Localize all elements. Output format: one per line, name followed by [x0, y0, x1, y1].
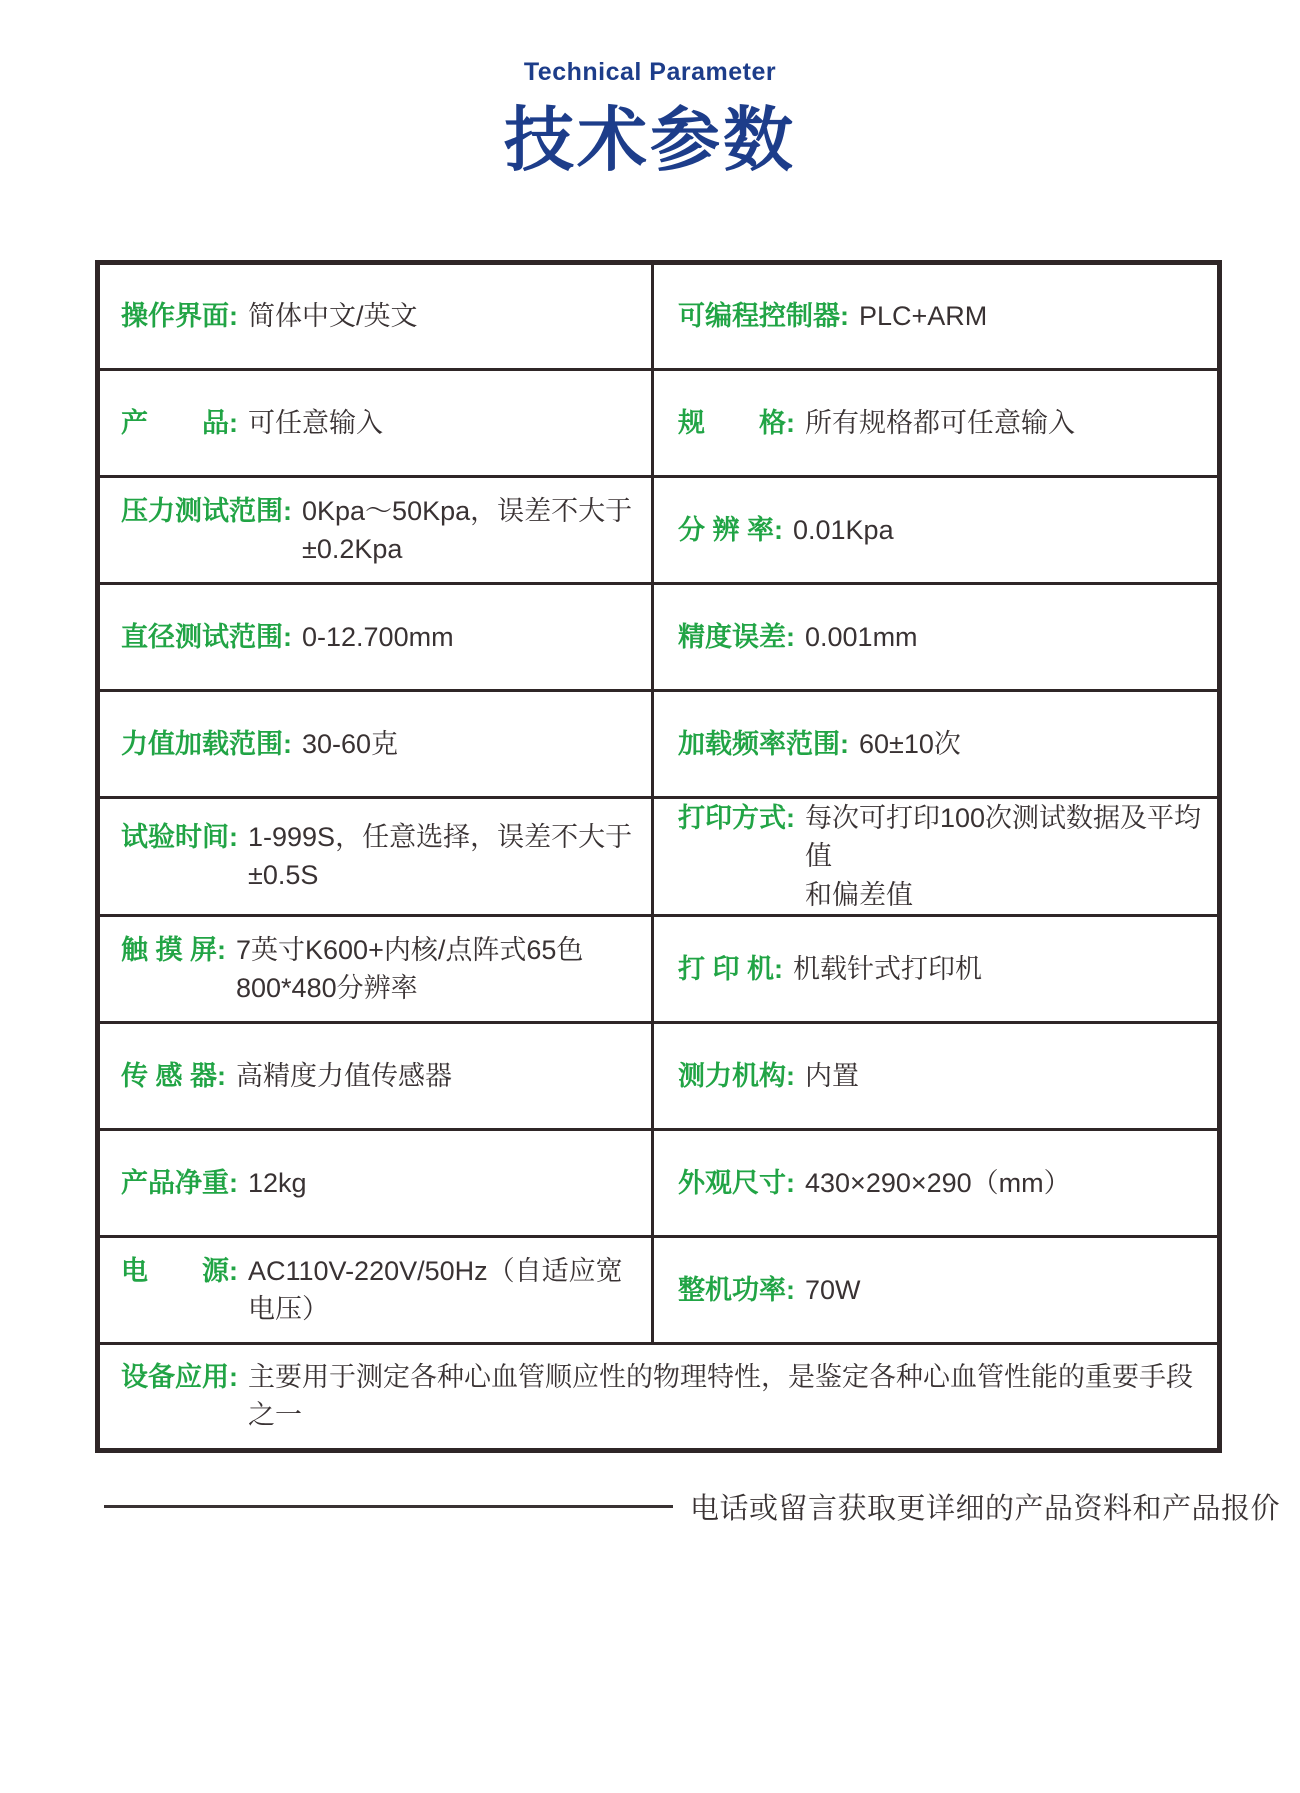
param-label: 产品净重: — [121, 1164, 238, 1202]
param-label: 加载频率范围: — [678, 725, 849, 763]
row-sensor: 传 感 器: 高精度力值传感器 测力机构: 内置 — [98, 1022, 1220, 1129]
cell-print-mode: 打印方式: 每次可打印100次测试数据及平均值 和偏差值 — [653, 798, 1220, 916]
footer-note: 电话或留言获取更详细的产品资料和产品报价 — [690, 1486, 1280, 1527]
cell-pressure-test-range: 压力测试范围: 0Kpa～50Kpa，误差不大于 ±0.2Kpa — [98, 477, 653, 584]
param-value: 0-12.700mm — [302, 618, 454, 656]
cell-accuracy-error: 精度误差: 0.001mm — [653, 584, 1220, 691]
footer: 电话或留言获取更详细的产品资料和产品报价 — [104, 1486, 1280, 1527]
cell-resolution: 分 辨 率: 0.01Kpa — [653, 477, 1220, 584]
row-diameter-range: 直径测试范围: 0-12.700mm 精度误差: 0.001mm — [98, 584, 1220, 691]
param-label: 可编程控制器: — [678, 297, 849, 335]
cell-printer: 打 印 机: 机载针式打印机 — [653, 915, 1220, 1022]
param-value: 机载针式打印机 — [793, 950, 982, 988]
param-label: 操作界面: — [121, 297, 238, 335]
param-value: 30-60克 — [302, 725, 398, 763]
param-value: PLC+ARM — [859, 297, 987, 335]
param-value: 0.001mm — [805, 618, 918, 656]
param-value: 0Kpa～50Kpa，误差不大于 ±0.2Kpa — [302, 492, 632, 569]
param-value: 7英寸K600+内核/点阵式65色 800*480分辨率 — [236, 931, 583, 1008]
param-value: 70W — [805, 1271, 861, 1309]
param-label: 产 品: — [121, 404, 238, 442]
param-value: 内置 — [805, 1057, 859, 1095]
param-value: 简体中文/英文 — [248, 297, 418, 335]
row-operation-interface: 操作界面: 简体中文/英文 可编程控制器: PLC+ARM — [98, 263, 1220, 370]
param-label: 直径测试范围: — [121, 618, 292, 656]
param-value: 高精度力值传感器 — [236, 1057, 452, 1095]
param-label: 规 格: — [678, 404, 795, 442]
footer-divider-line — [104, 1505, 673, 1508]
cell-load-frequency-range: 加载频率范围: 60±10次 — [653, 691, 1220, 798]
row-product: 产 品: 可任意输入 规 格: 所有规格都可任意输入 — [98, 370, 1220, 477]
param-label: 力值加载范围: — [121, 725, 292, 763]
cell-force-mechanism: 测力机构: 内置 — [653, 1022, 1220, 1129]
cell-net-weight: 产品净重: 12kg — [98, 1129, 653, 1236]
cell-total-power: 整机功率: 70W — [653, 1236, 1220, 1343]
param-label: 设备应用: — [121, 1358, 238, 1396]
row-application: 设备应用: 主要用于测定各种心血管顺应性的物理特性，是鉴定各种心血管性能的重要手… — [98, 1343, 1220, 1450]
spec-table: 操作界面: 简体中文/英文 可编程控制器: PLC+ARM 产 品: 可任意输入… — [95, 260, 1222, 1453]
cell-diameter-test-range: 直径测试范围: 0-12.700mm — [98, 584, 653, 691]
cell-dimensions: 外观尺寸: 430×290×290（mm） — [653, 1129, 1220, 1236]
param-label: 分 辨 率: — [678, 511, 783, 549]
param-value: 所有规格都可任意输入 — [805, 404, 1075, 442]
param-value: 430×290×290（mm） — [805, 1164, 1071, 1202]
cell-test-time: 试验时间: 1-999S，任意选择，误差不大于±0.5S — [98, 798, 653, 916]
param-value: 1-999S，任意选择，误差不大于±0.5S — [248, 818, 637, 895]
cell-device-application: 设备应用: 主要用于测定各种心血管顺应性的物理特性，是鉴定各种心血管性能的重要手… — [98, 1343, 1220, 1450]
param-value: 每次可打印100次测试数据及平均值 和偏差值 — [805, 799, 1203, 914]
param-label: 外观尺寸: — [678, 1164, 795, 1202]
cell-programmable-controller: 可编程控制器: PLC+ARM — [653, 263, 1220, 370]
row-power-supply: 电 源: AC110V-220V/50Hz（自适应宽电压） 整机功率: 70W — [98, 1236, 1220, 1343]
param-value: 可任意输入 — [248, 404, 383, 442]
param-value: 主要用于测定各种心血管顺应性的物理特性，是鉴定各种心血管性能的重要手段之一 — [248, 1358, 1203, 1435]
row-force-load-range: 力值加载范围: 30-60克 加载频率范围: 60±10次 — [98, 691, 1220, 798]
cell-touch-screen: 触 摸 屏: 7英寸K600+内核/点阵式65色 800*480分辨率 — [98, 915, 653, 1022]
row-touch-screen: 触 摸 屏: 7英寸K600+内核/点阵式65色 800*480分辨率 打 印 … — [98, 915, 1220, 1022]
cell-sensor: 传 感 器: 高精度力值传感器 — [98, 1022, 653, 1129]
param-value: 60±10次 — [859, 725, 961, 763]
cell-force-load-range: 力值加载范围: 30-60克 — [98, 691, 653, 798]
cell-operation-interface: 操作界面: 简体中文/英文 — [98, 263, 653, 370]
cell-power-supply: 电 源: AC110V-220V/50Hz（自适应宽电压） — [98, 1236, 653, 1343]
row-test-time: 试验时间: 1-999S，任意选择，误差不大于±0.5S 打印方式: 每次可打印… — [98, 798, 1220, 916]
param-value: AC110V-220V/50Hz（自适应宽电压） — [248, 1252, 637, 1329]
param-value: 12kg — [248, 1164, 307, 1202]
param-label: 打印方式: — [678, 799, 795, 837]
param-label: 电 源: — [121, 1252, 238, 1290]
param-label: 传 感 器: — [121, 1057, 226, 1095]
param-label: 打 印 机: — [678, 950, 783, 988]
param-label: 试验时间: — [121, 818, 238, 856]
param-label: 压力测试范围: — [121, 492, 292, 530]
param-label: 精度误差: — [678, 618, 795, 656]
page-subtitle-en: Technical Parameter — [0, 58, 1300, 87]
row-net-weight: 产品净重: 12kg 外观尺寸: 430×290×290（mm） — [98, 1129, 1220, 1236]
cell-product: 产 品: 可任意输入 — [98, 370, 653, 477]
param-label: 测力机构: — [678, 1057, 795, 1095]
row-pressure-range: 压力测试范围: 0Kpa～50Kpa，误差不大于 ±0.2Kpa 分 辨 率: … — [98, 477, 1220, 584]
param-value: 0.01Kpa — [793, 511, 894, 549]
page-title: 技术参数 — [0, 84, 1300, 185]
param-label: 触 摸 屏: — [121, 931, 226, 969]
param-label: 整机功率: — [678, 1271, 795, 1309]
cell-specification: 规 格: 所有规格都可任意输入 — [653, 370, 1220, 477]
